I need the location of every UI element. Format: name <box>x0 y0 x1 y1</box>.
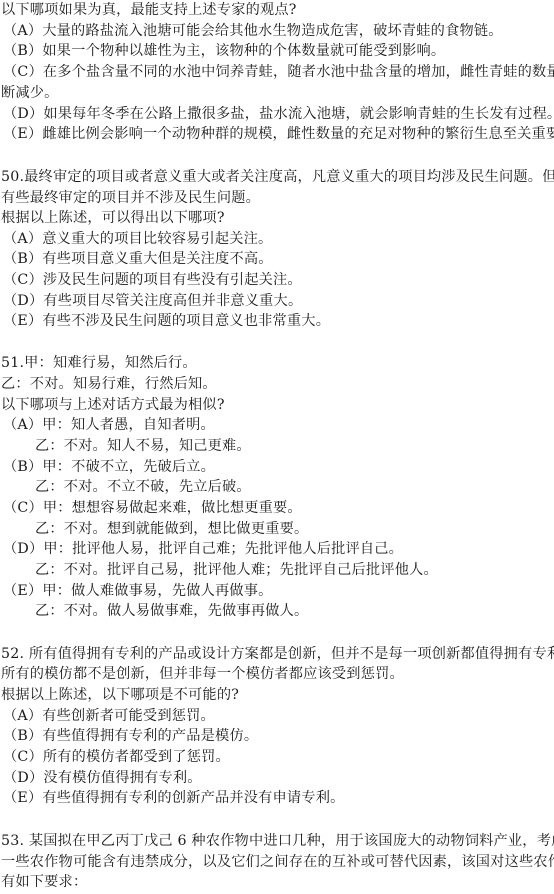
q51-option-e-yi: 乙：不对。做人易做事难，先做事再做人。 <box>35 601 308 621</box>
q50-option-b: （B）有些项目意义重大但是关注度不高。 <box>3 249 273 269</box>
q53-text-line1: 53. 某国拟在甲乙丙丁戊己 6 种农作物中进口几种，用于该国庞大的动物饲料产业… <box>1 831 554 851</box>
q49-option-c: （C）在多个盐含量不同的水池中饲养青蛙，随者水池中盐含量的增加，雌性青蛙的数量不 <box>3 62 554 82</box>
q49-option-a: （A）大量的路盐流入池塘可能会给其他水生物造成危害，破坏青蛙的食物链。 <box>3 21 503 41</box>
q52-option-a: （A）有些创新者可能受到惩罚。 <box>3 706 215 726</box>
q52-text-line1: 52. 所有值得拥有专利的产品或设计方案都是创新，但并不是每一项创新都值得拥有专… <box>1 644 554 664</box>
q50-option-d: （D）有些项目尽管关注度高但并非意义重大。 <box>3 291 302 311</box>
q50-option-e: （E）有些不涉及民生问题的项目意义也非常重大。 <box>3 311 330 331</box>
q51-option-e-jia: （E）甲：做人难做事易，先做人再做事。 <box>3 581 273 601</box>
q51-option-d-jia: （D）甲：批评他人易，批评自己难；先批评他人后批评自己。 <box>3 539 403 559</box>
q53-text-line2: 一些农作物可能含有违禁成分，以及它们之间存在的互补或可替代因素，该国对这些农作物 <box>1 852 554 872</box>
q51-option-d-yi: 乙：不对。批评自己易，批评他人难；先批评自己后批评他人。 <box>35 560 438 580</box>
q49-option-d: （D）如果每年冬季在公路上撒很多盐，盐水流入池塘，就会影响青蛙的生长发有过程。 <box>3 104 554 124</box>
q52-option-c: （C）所有的模仿者都受到了惩罚。 <box>3 747 230 767</box>
q50-option-a: （A）意义重大的项目比较容易引起关注。 <box>3 229 272 249</box>
q50-text-line1: 50.最终审定的项目或者意义重大或者关注度高，凡意义重大的项目均涉及民生问题。但… <box>1 167 554 187</box>
q50-option-c: （C）涉及民生问题的项目有些没有引起关注。 <box>3 270 302 290</box>
q52-text-line2: 所有的模仿都不是创新，但并非每一个模仿者都应该受到惩罚。 <box>1 664 404 684</box>
q52-option-b: （B）有些值得拥有专利的产品是模仿。 <box>3 726 258 746</box>
q52-option-d: （D）没有模仿值得拥有专利。 <box>3 768 202 788</box>
q51-option-b-jia: （B）甲：不破不立，先破后立。 <box>3 457 215 477</box>
q49-option-e: （E）雌雄比例会影响一个动物种群的规模，雌性数量的充足对物种的繁衍生息至关重要。 <box>3 124 554 144</box>
q51-option-c-jia: （C）甲：想想容易做起来难，做比想更重要。 <box>3 498 302 518</box>
q52-option-e: （E）有些值得拥有专利的创新产品并没有申请专利。 <box>3 788 344 808</box>
q51-option-c-yi: 乙：不对。想到就能做到，想比做更重要。 <box>35 519 308 539</box>
q51-option-b-yi: 乙：不对。不立不破，先立后破。 <box>35 477 251 497</box>
q49-option-b: （B）如果一个物种以雄性为主，该物种的个体数量就可能受到影响。 <box>3 41 445 61</box>
q49-option-c-cont: 断减少。 <box>1 83 59 103</box>
q51-stem: 以下哪项与上述对话方式最为相似? <box>1 395 225 415</box>
q49-stem: 以下哪项如果为真，最能支持上述专家的观点? <box>1 0 297 20</box>
q51-option-a-jia: （A）甲：知人者愚，自知者明。 <box>3 415 215 435</box>
q51-text-line1: 51.甲：知难行易，知然后行。 <box>1 353 197 373</box>
q52-stem: 根据以上陈述，以下哪项是不可能的? <box>1 685 239 705</box>
document-page: 以下哪项如果为真，最能支持上述专家的观点? （A）大量的路盐流入池塘可能会给其他… <box>0 0 554 894</box>
q50-text-line2: 有些最终审定的项目并不涉及民生问题。 <box>1 188 260 208</box>
q51-option-a-yi: 乙：不对。知人不易，知己更难。 <box>35 436 251 456</box>
q50-stem: 根据以上陈述，可以得出以下哪项? <box>1 208 225 228</box>
q53-text-line3: 有如下要求： <box>1 872 87 892</box>
q51-text-line2: 乙：不对。知易行难，行然后知。 <box>1 374 217 394</box>
